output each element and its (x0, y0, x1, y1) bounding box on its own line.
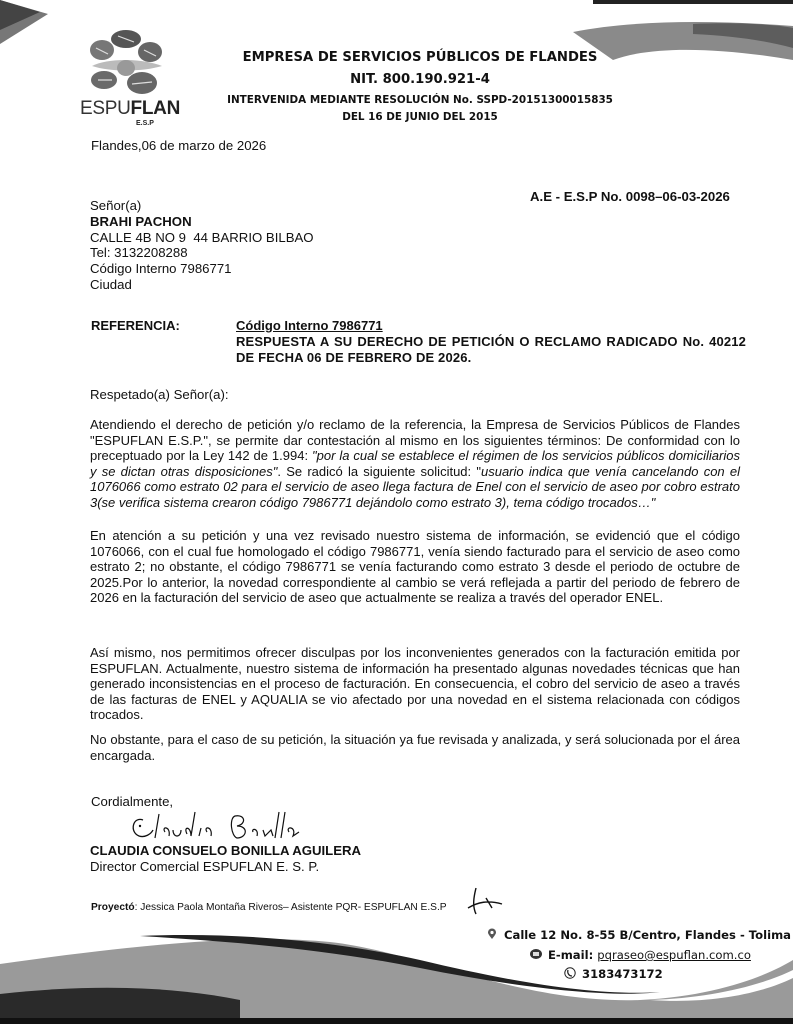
footer-phone-text: 3183473172 (582, 967, 663, 981)
handwritten-signature (125, 806, 335, 846)
footer-email: E-mail: pqraseo@espuflan.com.co (530, 948, 751, 962)
phone-icon (564, 967, 576, 979)
recipient-internal-code: Código Interno 7986771 (90, 261, 314, 277)
recipient-city: Ciudad (90, 277, 314, 293)
company-name: EMPRESA DE SERVICIOS PÚBLICOS DE FLANDES (200, 50, 640, 65)
recipient-salutation: Señor(a) (90, 198, 314, 214)
recipient-address: CALLE 4B NO 9 44 BARRIO BILBAO (90, 230, 314, 246)
leaves-hands-emblem-icon (82, 28, 170, 98)
reference-block: Código Interno 7986771 RESPUESTA A SU DE… (236, 318, 746, 366)
intervention-resolution: INTERVENIDA MEDIANTE RESOLUCIÓN No. SSPD… (195, 94, 645, 106)
footer-address-text: Calle 12 No. 8-55 B/Centro, Flandes - To… (504, 928, 791, 942)
footer-phone: 3183473172 (564, 967, 663, 981)
place-date: Flandes,06 de marzo de 2026 (91, 138, 266, 153)
recipient-name: BRAHI PACHON (90, 214, 314, 230)
reference-label: REFERENCIA: (91, 318, 180, 333)
company-logo: ESPUFLAN E.S.P (78, 28, 174, 130)
projected-label: Proyectó (91, 902, 135, 913)
letter-page: ESPUFLAN E.S.P EMPRESA DE SERVICIOS PÚBL… (0, 0, 793, 1024)
intervention-date: DEL 16 DE JUNIO DEL 2015 (195, 111, 645, 123)
logo-wordmark: ESPUFLAN (80, 98, 180, 120)
signer-role: Director Comercial ESPUFLAN E. S. P. (90, 859, 319, 874)
location-pin-icon (486, 928, 498, 940)
company-nit: NIT. 800.190.921-4 (200, 72, 640, 87)
footer-address: Calle 12 No. 8-55 B/Centro, Flandes - To… (486, 928, 791, 942)
paragraph-text: . Se radicó la siguiente solicitud: " (277, 464, 481, 479)
greeting: Respetado(a) Señor(a): (90, 387, 229, 402)
projected-by: Proyectó: Jessica Paola Montaña Riveros–… (91, 902, 447, 913)
email-link[interactable]: pqraseo@espuflan.com.co (597, 948, 751, 962)
reference-code: Código Interno 7986771 (236, 318, 746, 334)
reference-number: A.E - E.S.P No. 0098–06-03-2026 (530, 189, 730, 204)
email-label: E-mail: (548, 948, 597, 962)
projected-text: : Jessica Paola Montaña Riveros– Asisten… (135, 902, 447, 913)
recipient-block: Señor(a) BRAHI PACHON CALLE 4B NO 9 44 B… (90, 198, 314, 293)
envelope-icon (530, 948, 542, 960)
top-left-decoration (0, 0, 60, 50)
signer-name: CLAUDIA CONSUELO BONILLA AGUILERA (90, 843, 361, 858)
body-paragraph-3: Así mismo, nos permitimos ofrecer discul… (90, 645, 740, 723)
logo-suffix: E.S.P (136, 120, 154, 127)
reference-subject: RESPUESTA A SU DERECHO DE PETICIÓN O REC… (236, 334, 746, 366)
body-paragraph-1: Atendiendo el derecho de petición y/o re… (90, 417, 740, 511)
body-paragraph-4: No obstante, para el caso de su petición… (90, 732, 740, 763)
recipient-phone: Tel: 3132208288 (90, 245, 314, 261)
body-paragraph-2: En atención a su petición y una vez revi… (90, 528, 740, 606)
initials-mark (458, 886, 508, 916)
